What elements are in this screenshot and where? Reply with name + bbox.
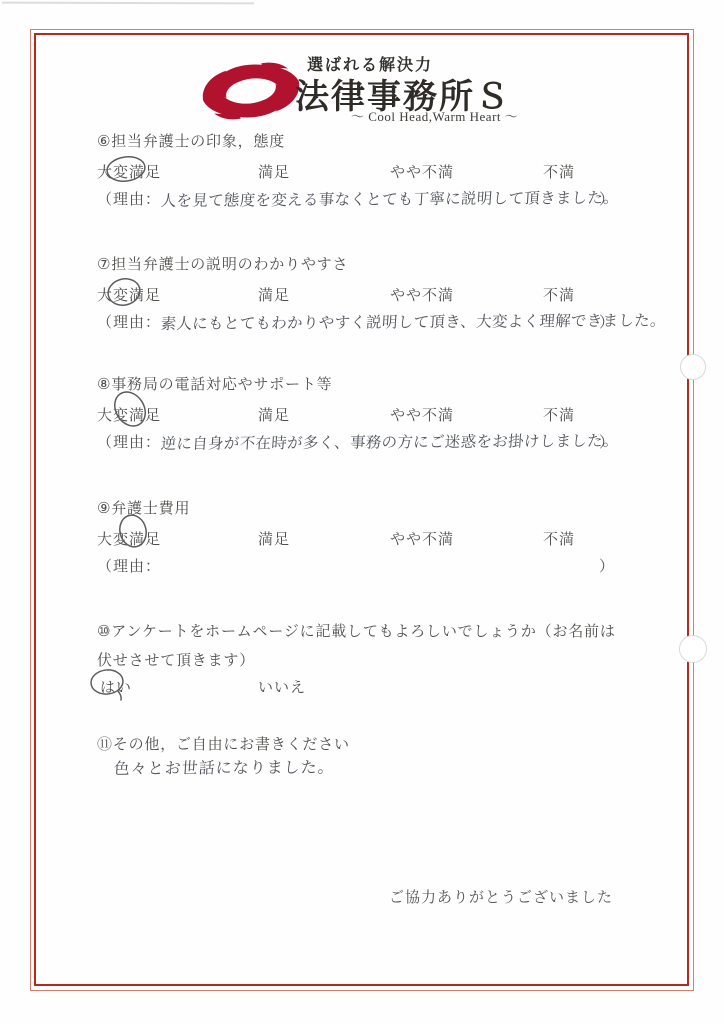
handwritten-reason: 逆に自身が不在時が多く、事務の方にご迷惑をお掛けしました。	[160, 429, 620, 454]
brand-motto: ～ Cool Head,Warm Heart ～	[351, 106, 518, 125]
scanned-survey-page: 選ばれる解決力 法律事務所Ｓ ～ Cool Head,Warm Heart ～ …	[0, 0, 724, 1024]
option-satisfied: 満足	[258, 404, 290, 425]
option-dissatisfied: 不満	[543, 404, 575, 425]
question-7-title: ⑦担当弁護士の説明のわかりやすさ	[97, 253, 348, 274]
question-10-title-line1: ⑩アンケートをホームページに記載してもよろしいでしょうか（お名前は	[97, 620, 616, 641]
handwritten-reason: 素人にもとてもわかりやすく説明して頂き、大変よく理解できました。	[160, 308, 667, 334]
reason-row: （理由： 人を見て態度を変える事なくとても丁寧に説明して頂きました。 ）	[97, 188, 609, 210]
question-9-title: ⑨弁護士費用	[97, 497, 190, 518]
reason-close-paren: ）	[599, 311, 614, 332]
reason-close-paren: ）	[599, 555, 614, 576]
punch-hole-bottom	[679, 635, 707, 663]
option-somewhat-dissatisfied: やや不満	[390, 161, 454, 182]
reason-row: （理由： 素人にもとてもわかりやすく説明して頂き、大変よく理解できました。 ）	[97, 311, 609, 333]
reason-close-paren: ）	[599, 188, 614, 209]
handwritten-reason: 人を見て態度を変える事なくとても丁寧に説明して頂きました。	[160, 186, 620, 211]
option-no: いいえ	[258, 676, 306, 697]
question-10-title-line2: 伏せさせて頂きます）	[97, 649, 255, 670]
option-yes: はい	[100, 676, 132, 697]
closing-thanks: ご協力ありがとうございました	[389, 886, 613, 907]
option-satisfied: 満足	[258, 161, 290, 182]
option-satisfied: 満足	[258, 284, 290, 305]
scan-artifact-line	[2, 2, 254, 5]
firm-logo-swirl-icon	[200, 61, 302, 121]
option-satisfied: 満足	[258, 528, 290, 549]
option-very-satisfied: 大変満足	[97, 404, 161, 425]
handwritten-comment: 色々とお世話になりました。	[113, 754, 336, 779]
reason-row: （理由： 逆に自身が不在時が多く、事務の方にご迷惑をお掛けしました。 ）	[97, 431, 609, 453]
question-8-title: ⑧事務局の電話対応やサポート等	[97, 373, 332, 394]
option-somewhat-dissatisfied: やや不満	[390, 404, 454, 425]
option-somewhat-dissatisfied: やや不満	[390, 284, 454, 305]
question-6-title: ⑥担当弁護士の印象，態度	[97, 130, 285, 151]
question-11-title: ⑪その他，ご自由にお書きください	[97, 733, 350, 754]
reason-label: （理由：	[97, 555, 161, 576]
reason-label: （理由：	[97, 311, 161, 332]
punch-hole-top	[680, 354, 706, 380]
reason-label: （理由：	[97, 431, 161, 452]
option-somewhat-dissatisfied: やや不満	[390, 528, 454, 549]
reason-label: （理由：	[97, 188, 161, 209]
option-dissatisfied: 不満	[543, 161, 575, 182]
option-very-satisfied: 大変満足	[97, 161, 161, 182]
option-dissatisfied: 不満	[543, 284, 575, 305]
option-very-satisfied: 大変満足	[97, 284, 161, 305]
reason-row: （理由： ）	[97, 555, 609, 577]
reason-close-paren: ）	[599, 431, 614, 452]
option-dissatisfied: 不満	[543, 528, 575, 549]
option-very-satisfied: 大変満足	[97, 528, 161, 549]
